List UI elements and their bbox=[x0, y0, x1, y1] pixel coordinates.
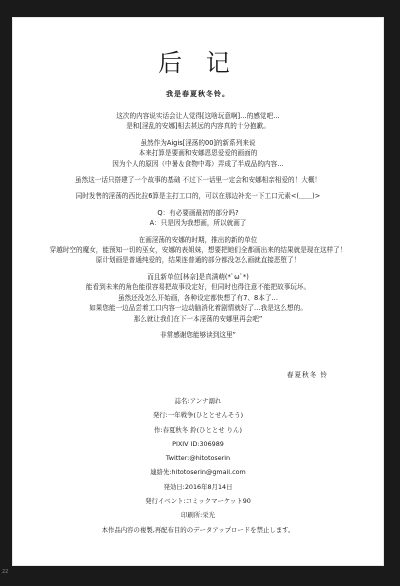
text-line: 而且新单位[林奈]是真满萌(*ﾟωﾟ*) bbox=[18, 272, 378, 282]
author-greeting: 我是春夏秋冬铃。 bbox=[12, 89, 384, 99]
colophon-notice: 本作品内容の複製,再配布目的のデータアップロードを禁止します。 bbox=[12, 523, 384, 537]
paragraph: 在画淫荡的安娜的时期，推出的新的单位 穿越时空的魔女，能预知一切的巫女，安娜的表… bbox=[18, 235, 378, 266]
qa-paragraph: Q：有必要画最初的部分吗? A：只是因为我想画，所以就画了 bbox=[18, 208, 378, 229]
closing-paragraph: 非常感谢您能够读到这里” bbox=[18, 330, 378, 340]
text-line: 本来打算是要画和安娜恩恩爱爱的画面的 bbox=[18, 148, 378, 158]
paragraph: 虽然这一话只搭建了一个故事的基础 不过下一话里一定会和安娜相亲相爱的！大概！ bbox=[18, 175, 378, 185]
document-page: 后 记 我是春夏秋冬铃。 这次的内容说实话会让人觉得[这啥玩意啊]…的感觉吧… … bbox=[12, 17, 384, 566]
paragraph: 而且新单位[林奈]是真满萌(*ﾟωﾟ*) 能看到未来的角色能很容易把故事设定好，… bbox=[18, 272, 378, 324]
author-signature: 春夏秋冬 铃 bbox=[287, 369, 328, 379]
colophon-date: 発効日:2016年8月14日 bbox=[12, 480, 384, 494]
colophon-author: 作:春夏秋冬 鈴(ひととせ りん) bbox=[12, 423, 384, 437]
paragraph: 虽然作为Aigis[淫荡的00]的新系列来说 本来打算是要画和安娜恩恩爱爱的画面… bbox=[18, 138, 378, 169]
paragraph: 这次的内容说实话会让人觉得[这啥玩意啊]…的感觉吧… 是和[淫乱的安娜]相去甚远… bbox=[18, 111, 378, 132]
colophon-title: 誌名:アンナ溺れ bbox=[12, 394, 384, 408]
colophon-contact: 連絡先:hitotoserin@gmail.com bbox=[12, 465, 384, 479]
text-line: 虽然作为Aigis[淫荡的00]的新系列来说 bbox=[18, 138, 378, 148]
page-title: 后 记 bbox=[12, 43, 384, 78]
text-line: 这次的内容说实话会让人觉得[这啥玩意啊]…的感觉吧… bbox=[18, 111, 378, 121]
text-line: 能看到未来的角色能很容易把故事设定好，但同时也得注意不能把故事玩坏。 bbox=[18, 282, 378, 292]
colophon: 誌名:アンナ溺れ 発行:一年戦争(ひととせんそう) 作:春夏秋冬 鈴(ひととせ … bbox=[12, 394, 384, 537]
text-line: 如果您能一边品尝着工口内容一边动脑消化着剧情就好了…我是这么想的。 bbox=[18, 303, 378, 313]
text-line: 原计划画是普通纯爱的，结果连普通的部分都没怎么画就直接恶堕了！ bbox=[18, 255, 378, 265]
question-line: Q：有必要画最初的部分吗? bbox=[18, 208, 378, 218]
text-line: 同时发售的淫荡的西比拉6算是主打工口的，可以在那边补充一下工口元素<(＿＿)> bbox=[18, 191, 378, 201]
paragraph: 同时发售的淫荡的西比拉6算是主打工口的，可以在那边补充一下工口元素<(＿＿)> bbox=[18, 191, 378, 201]
text-line: 是和[淫乱的安娜]相去甚远的内容真的十分抱歉。 bbox=[18, 121, 378, 131]
colophon-twitter: Twitter:@hitotoserin bbox=[12, 451, 384, 465]
colophon-publisher: 発行:一年戦争(ひととせんそう) bbox=[12, 408, 384, 422]
text-line: 在画淫荡的安娜的时期，推出的新的单位 bbox=[18, 235, 378, 245]
text-line: 非常感谢您能够读到这里” bbox=[18, 330, 378, 340]
colophon-printer: 印刷所:栄光 bbox=[12, 508, 384, 522]
text-line: 那么就让我们在下一本淫荡的安娜里再会吧” bbox=[18, 314, 378, 324]
text-line: 穿越时空的魔女，能预知一切的巫女，安娜的表姐妹，想要把她们全都画出来的结果就是现… bbox=[18, 245, 378, 255]
page-number: 22 bbox=[2, 569, 8, 575]
text-line: 虽然还没怎么开始画，各种设定都快想了有7、8本了… bbox=[18, 293, 378, 303]
afterword-body: 这次的内容说实话会让人觉得[这啥玩意啊]…的感觉吧… 是和[淫乱的安娜]相去甚远… bbox=[18, 111, 378, 346]
colophon-pixiv: PIXIV ID:306989 bbox=[12, 437, 384, 451]
text-line: 虽然这一话只搭建了一个故事的基础 不过下一话里一定会和安娜相亲相爱的！大概！ bbox=[18, 175, 378, 185]
answer-line: A：只是因为我想画，所以就画了 bbox=[18, 218, 378, 228]
text-line: 因为个人的原因（中暑＆食物中毒）弄成了半成品的内容… bbox=[18, 159, 378, 169]
colophon-event: 発行イベント:コミックマーケット90 bbox=[12, 494, 384, 508]
